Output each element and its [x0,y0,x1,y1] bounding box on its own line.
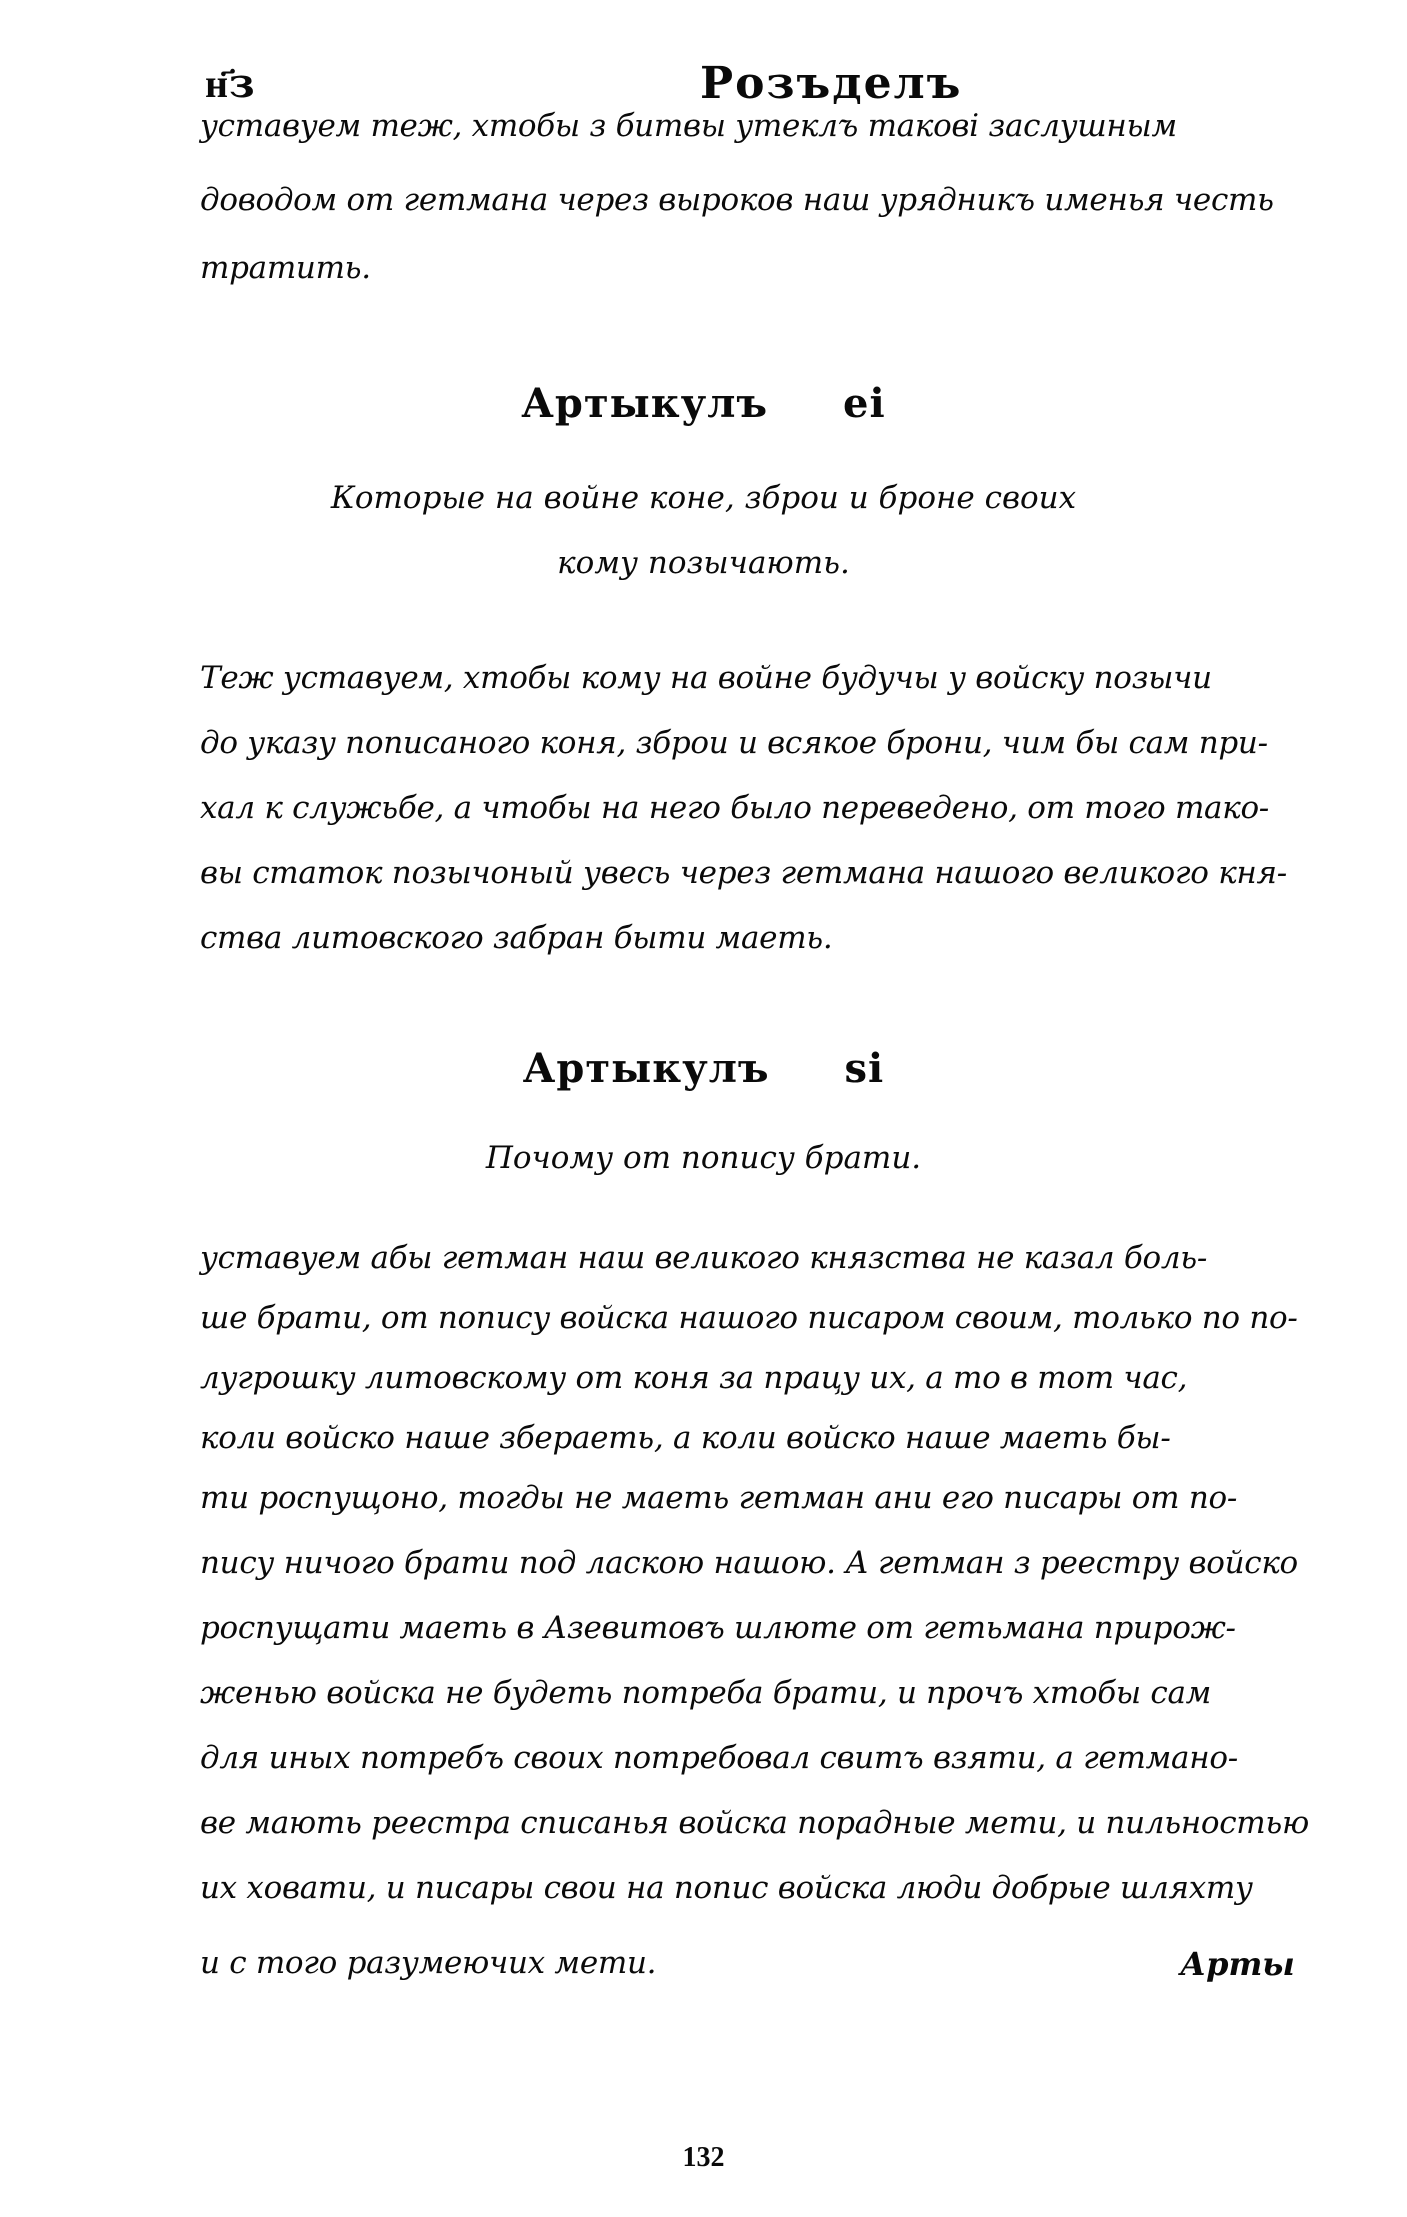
article-title: Которые на войне коне, зброи и броне сво… [0,480,1407,516]
article-heading: Артыкулъ еі [0,380,1407,427]
text-line: лугрошку литовскому от коня за працу их,… [200,1360,1350,1396]
text-line: коли войско наше збераеть, а коли войско… [200,1420,1350,1456]
text-line: женью войска не будеть потреба брати, и … [200,1675,1350,1711]
text-line: и с того разумеючих мети. [200,1945,1350,1981]
text-line: вы статок позычоный увесь через гетмана … [200,855,1350,891]
text-line: хал к служьбе, а чтобы на него было пере… [200,790,1350,826]
article-title: кому позычають. [0,545,1407,581]
text-line: уставуем теж, хтобы з битвы утеклъ таков… [200,108,1350,144]
text-line: для иных потребъ своих потребовал свитъ … [200,1740,1350,1776]
article-title: Почому от попису брати. [0,1140,1407,1176]
article-number: sі [845,1045,885,1092]
text-line: уставуем абы гетман наш великого князств… [200,1240,1350,1276]
article-heading-label: Артыкулъ [523,1045,770,1092]
text-line: роспущати маеть в Азевитовъ шлюте от гет… [200,1610,1350,1646]
text-line: ве мають реестра списанья войска порадны… [200,1805,1350,1841]
text-line: их ховати, и писары свои на попис войска… [200,1870,1350,1906]
text-line: пису ничого брати под ласкою нашою. А ге… [200,1545,1350,1581]
running-head: Розъделъ [700,58,962,109]
article-number: еі [843,380,886,427]
page-number: 132 [0,2142,1407,2174]
article-heading-label: Артыкулъ [521,380,768,427]
text-line: доводом от гетмана через выроков наш уря… [200,182,1350,218]
text-line: ше брати, от попису войска нашого писаро… [200,1300,1350,1336]
catchword: Арты [1180,1945,1295,1983]
text-line: до указу пописаного коня, зброи и всякое… [200,725,1350,761]
text-line: ти роспущоно, тогды не маеть гетман ани … [200,1480,1350,1516]
text-line: ства литовского забран быти маеть. [200,920,1350,956]
manuscript-page: н҃з Розъделъ уставуем теж, хтобы з битвы… [0,0,1407,2217]
article-heading: Артыкулъ sі [0,1045,1407,1092]
text-line: Теж уставуем, хтобы кому на войне будучы… [200,660,1350,696]
text-line: тратить. [200,250,1350,286]
folio-number: н҃з [205,60,256,107]
